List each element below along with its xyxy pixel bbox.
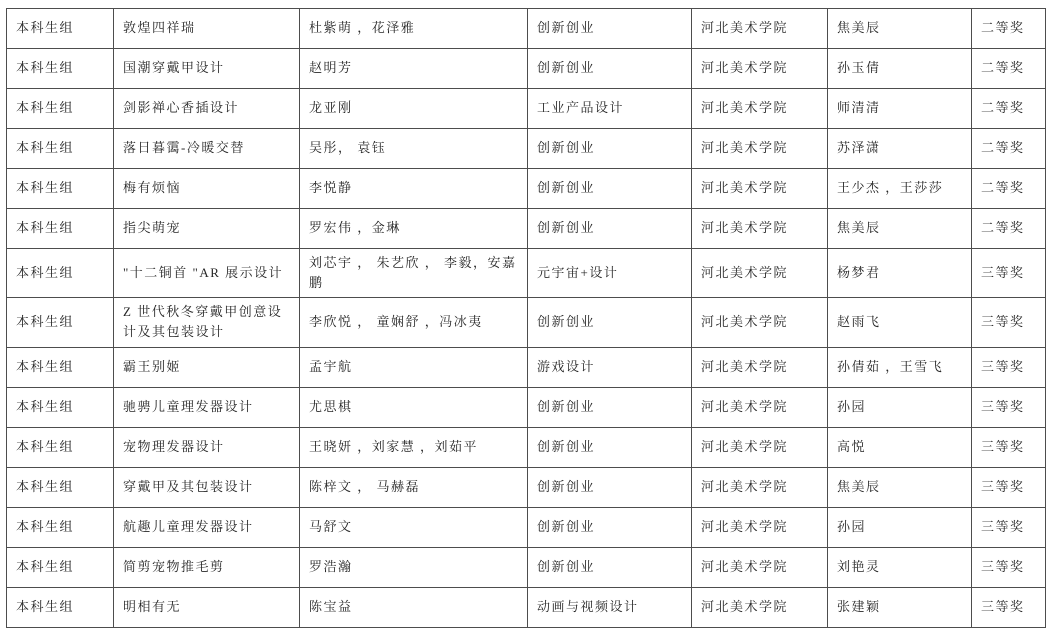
cell-advisor: 刘艳灵 [828,547,972,587]
table-row: 本科生组 穿戴甲及其包装设计 陈梓文 ， 马赫磊 创新创业 河北美术学院 焦美辰… [7,467,1046,507]
table-row: 本科生组 霸王别姬 孟宇航 游戏设计 河北美术学院 孙倩茹 ，王雪飞 三等奖 [7,347,1046,387]
cell-project: 指尖萌宠 [114,209,300,249]
table-row: 本科生组 梅有烦恼 李悦静 创新创业 河北美术学院 王少杰 ，王莎莎 二等奖 [7,169,1046,209]
cell-category: 创新创业 [528,507,692,547]
cell-school: 河北美术学院 [692,507,828,547]
table-row: 本科生组 敦煌四祥瑞 杜紫萌 ，花泽雅 创新创业 河北美术学院 焦美辰 二等奖 [7,9,1046,49]
cell-authors: 赵明芳 [300,49,528,89]
cell-school: 河北美术学院 [692,587,828,627]
cell-group: 本科生组 [7,209,114,249]
cell-award: 三等奖 [972,587,1046,627]
awards-table: 本科生组 敦煌四祥瑞 杜紫萌 ，花泽雅 创新创业 河北美术学院 焦美辰 二等奖 … [6,8,1046,628]
table-row: 本科生组 国潮穿戴甲设计 赵明芳 创新创业 河北美术学院 孙玉倩 二等奖 [7,49,1046,89]
cell-advisor: 孙玉倩 [828,49,972,89]
cell-authors: 陈梓文 ， 马赫磊 [300,467,528,507]
cell-category: 动画与视频设计 [528,587,692,627]
cell-award: 二等奖 [972,169,1046,209]
cell-advisor: 孙园 [828,507,972,547]
cell-authors: 陈宝益 [300,587,528,627]
cell-group: 本科生组 [7,9,114,49]
table-row: 本科生组 宠物理发器设计 王晓妍 ，刘家慧 ，刘茹平 创新创业 河北美术学院 高… [7,427,1046,467]
cell-award: 二等奖 [972,89,1046,129]
cell-authors: 罗宏伟 ，金琳 [300,209,528,249]
cell-project: 简剪宠物推毛剪 [114,547,300,587]
cell-category: 创新创业 [528,169,692,209]
cell-project: 驰骋儿童理发器设计 [114,387,300,427]
table-row: 本科生组 落日暮霭-冷暖交替 吴彤， 袁钰 创新创业 河北美术学院 苏泽潇 二等… [7,129,1046,169]
cell-group: 本科生组 [7,169,114,209]
cell-project: 宠物理发器设计 [114,427,300,467]
cell-school: 河北美术学院 [692,347,828,387]
cell-advisor: 师清清 [828,89,972,129]
cell-project: 剑影禅心香插设计 [114,89,300,129]
cell-project: 落日暮霭-冷暖交替 [114,129,300,169]
cell-project: 航趣儿童理发器设计 [114,507,300,547]
cell-award: 三等奖 [972,507,1046,547]
cell-category: 游戏设计 [528,347,692,387]
cell-category: 创新创业 [528,427,692,467]
cell-school: 河北美术学院 [692,49,828,89]
cell-award: 三等奖 [972,298,1046,347]
cell-authors: 罗浩瀚 [300,547,528,587]
table-row: 本科生组 剑影禅心香插设计 龙亚刚 工业产品设计 河北美术学院 师清清 二等奖 [7,89,1046,129]
cell-award: 二等奖 [972,49,1046,89]
cell-school: 河北美术学院 [692,249,828,298]
cell-category: 创新创业 [528,49,692,89]
cell-school: 河北美术学院 [692,169,828,209]
cell-authors: 马舒文 [300,507,528,547]
cell-advisor: 焦美辰 [828,9,972,49]
cell-project: 国潮穿戴甲设计 [114,49,300,89]
cell-authors: 杜紫萌 ，花泽雅 [300,9,528,49]
cell-advisor: 高悦 [828,427,972,467]
cell-group: 本科生组 [7,507,114,547]
cell-group: 本科生组 [7,467,114,507]
cell-advisor: 杨梦君 [828,249,972,298]
awards-document-page: 本科生组 敦煌四祥瑞 杜紫萌 ，花泽雅 创新创业 河北美术学院 焦美辰 二等奖 … [0,0,1053,632]
cell-school: 河北美术学院 [692,547,828,587]
cell-award: 二等奖 [972,209,1046,249]
cell-authors: 王晓妍 ，刘家慧 ，刘茹平 [300,427,528,467]
cell-school: 河北美术学院 [692,9,828,49]
cell-category: 创新创业 [528,547,692,587]
cell-authors: 尤思棋 [300,387,528,427]
cell-advisor: 孙倩茹 ，王雪飞 [828,347,972,387]
cell-group: 本科生组 [7,249,114,298]
cell-award: 三等奖 [972,347,1046,387]
cell-award: 三等奖 [972,249,1046,298]
cell-group: 本科生组 [7,547,114,587]
cell-award: 三等奖 [972,547,1046,587]
cell-category: 创新创业 [528,129,692,169]
cell-group: 本科生组 [7,49,114,89]
cell-authors: 龙亚刚 [300,89,528,129]
cell-category: 工业产品设计 [528,89,692,129]
cell-project: 霸王别姬 [114,347,300,387]
cell-school: 河北美术学院 [692,129,828,169]
cell-authors: 吴彤， 袁钰 [300,129,528,169]
table-row: 本科生组 Z 世代秋冬穿戴甲创意设计及其包装设计 李欣悦 ， 童娴舒 ，冯冰夷 … [7,298,1046,347]
cell-authors: 刘芯宇 ， 朱艺欣 ， 李毅，安嘉鹏 [300,249,528,298]
cell-advisor: 王少杰 ，王莎莎 [828,169,972,209]
cell-category: 创新创业 [528,387,692,427]
cell-award: 三等奖 [972,427,1046,467]
table-row: 本科生组 航趣儿童理发器设计 马舒文 创新创业 河北美术学院 孙园 三等奖 [7,507,1046,547]
cell-project: Z 世代秋冬穿戴甲创意设计及其包装设计 [114,298,300,347]
cell-advisor: 焦美辰 [828,209,972,249]
cell-school: 河北美术学院 [692,298,828,347]
cell-advisor: 苏泽潇 [828,129,972,169]
cell-advisor: 张建颖 [828,587,972,627]
cell-group: 本科生组 [7,587,114,627]
cell-award: 三等奖 [972,387,1046,427]
cell-category: 创新创业 [528,298,692,347]
table-row: 本科生组 "十二铜首 "AR 展示设计 刘芯宇 ， 朱艺欣 ， 李毅，安嘉鹏 元… [7,249,1046,298]
cell-group: 本科生组 [7,89,114,129]
cell-project: 梅有烦恼 [114,169,300,209]
cell-authors: 孟宇航 [300,347,528,387]
cell-project: 明相有无 [114,587,300,627]
cell-advisor: 焦美辰 [828,467,972,507]
cell-group: 本科生组 [7,347,114,387]
table-row: 本科生组 驰骋儿童理发器设计 尤思棋 创新创业 河北美术学院 孙园 三等奖 [7,387,1046,427]
cell-school: 河北美术学院 [692,89,828,129]
cell-category: 元宇宙+设计 [528,249,692,298]
cell-group: 本科生组 [7,129,114,169]
cell-award: 二等奖 [972,129,1046,169]
cell-category: 创新创业 [528,467,692,507]
cell-advisor: 赵雨飞 [828,298,972,347]
cell-advisor: 孙园 [828,387,972,427]
table-row: 本科生组 简剪宠物推毛剪 罗浩瀚 创新创业 河北美术学院 刘艳灵 三等奖 [7,547,1046,587]
cell-authors: 李欣悦 ， 童娴舒 ，冯冰夷 [300,298,528,347]
cell-authors: 李悦静 [300,169,528,209]
cell-category: 创新创业 [528,9,692,49]
cell-project: "十二铜首 "AR 展示设计 [114,249,300,298]
cell-school: 河北美术学院 [692,467,828,507]
cell-group: 本科生组 [7,427,114,467]
cell-award: 二等奖 [972,9,1046,49]
cell-group: 本科生组 [7,298,114,347]
cell-school: 河北美术学院 [692,387,828,427]
table-row: 本科生组 明相有无 陈宝益 动画与视频设计 河北美术学院 张建颖 三等奖 [7,587,1046,627]
cell-project: 敦煌四祥瑞 [114,9,300,49]
awards-table-body: 本科生组 敦煌四祥瑞 杜紫萌 ，花泽雅 创新创业 河北美术学院 焦美辰 二等奖 … [7,9,1046,628]
cell-school: 河北美术学院 [692,209,828,249]
cell-group: 本科生组 [7,387,114,427]
cell-category: 创新创业 [528,209,692,249]
cell-project: 穿戴甲及其包装设计 [114,467,300,507]
table-row: 本科生组 指尖萌宠 罗宏伟 ，金琳 创新创业 河北美术学院 焦美辰 二等奖 [7,209,1046,249]
cell-award: 三等奖 [972,467,1046,507]
cell-school: 河北美术学院 [692,427,828,467]
